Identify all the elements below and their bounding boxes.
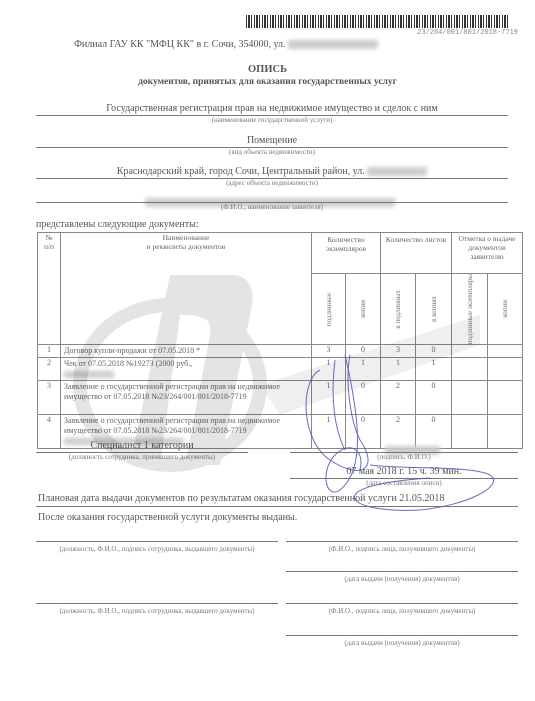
branch-line: Филиал ГАУ КК "МФЦ КК" в г. Сочи, 354000… [74,39,378,50]
row-orig: 1 [312,358,346,381]
row-doc-name: Чек от 07.05.2018 №19273 (2000 руб., [61,358,312,381]
branch-address: Филиал ГАУ КК "МФЦ КК" в г. Сочи, 354000… [74,39,286,50]
row-num: 2 [38,358,61,381]
issue-date-caption-1: (дата выдачи (получения) документов) [286,575,518,583]
row-copy: 1 [346,358,381,381]
after-service-text: После оказания государственной услуги до… [38,512,297,523]
issue-date-line-2 [286,635,518,636]
receiver-caption-1: (Ф.И.О., подпись лица, получившего докум… [286,545,518,553]
col-num-header: № п/п [38,233,61,345]
row-sheets-copy: 0 [416,345,452,358]
row-issued-orig [452,415,488,449]
row-sheets-copy: 1 [416,358,452,381]
row-num: 1 [38,345,61,358]
page-title: ОПИСЬ [0,64,535,75]
issuer-caption-2: (должность, Ф.И.О., подпись сотрудника, … [36,607,278,615]
issue-date-line-1 [286,571,518,572]
receiver-caption-2: (Ф.И.О., подпись лица, получившего докум… [286,607,518,615]
row-issued-copy [488,358,523,381]
row-copy: 0 [346,381,381,415]
issuer-line-1 [36,541,278,542]
row-sheets-orig: 3 [381,345,416,358]
address-text: Краснодарский край, город Сочи, Централь… [117,166,365,177]
col-sheets-header: Количество листов [381,233,452,274]
row-doc-name: Заявление о государственной регистрации … [61,381,312,415]
sub-issued-copy: копии [488,274,523,345]
position-caption: (должность сотрудника, принявшего докуме… [36,453,248,461]
row-issued-orig [452,345,488,358]
table-header-row: № п/п Наименование и реквизиты документо… [38,233,523,274]
specialist-position: Специалист 1 категории [36,440,248,451]
redacted-street [288,40,378,49]
inventory-date: 07 мая 2018 г. 15 ч. 39 мин. [290,466,518,477]
row-doc-name: Договор купли-продажи от 07.05.2018 * [61,345,312,358]
redacted-text [64,371,114,378]
barcode-number: 23/264/001/801/2018-7719 [417,29,518,37]
table-row: 3 Заявление о государственной регистраци… [38,381,523,415]
row-num: 3 [38,381,61,415]
row-issued-orig [452,358,488,381]
row-sheets-copy: 0 [416,381,452,415]
redacted-address [367,167,427,176]
address-caption: (адрес объекта недвижимости) [36,179,508,187]
barcode [246,15,510,28]
issue-date-caption-2: (дата выдачи (получения) документов) [286,639,518,647]
sub-sheets-copy: в копиях [416,274,452,345]
applicant-caption: (Ф.И.О., наименование заявителя) [36,203,508,211]
row-issued-orig [452,381,488,415]
documents-intro: представлены следующие документы: [36,219,199,230]
col-name-header: Наименование и реквизиты документов [61,233,312,345]
row-orig: 1 [312,415,346,449]
signature-caption: (подпись, Ф.И.О.) [290,453,518,461]
row-copy: 0 [346,345,381,358]
row-sheets-orig: 1 [381,358,416,381]
date-caption: (дата составления описи) [290,479,518,487]
sub-copy: копии [346,274,381,345]
row-orig: 3 [312,345,346,358]
issuer-line-2 [36,603,278,604]
row-sheets-orig: 2 [381,381,416,415]
planned-issue-date: Плановая дата выдачи документов по резул… [38,493,444,504]
object-type: Помещение [36,135,508,146]
col-copies-header: Количество экземпляров [312,233,381,274]
table-row: 1 Договор купли-продажи от 07.05.2018 * … [38,345,523,358]
receiver-line-2 [286,603,518,604]
page-subtitle: документов, принятых для оказания госуда… [0,77,535,87]
service-name: Государственная регистрация прав на недв… [36,103,508,114]
row-issued-copy [488,345,523,358]
object-address: Краснодарский край, город Сочи, Централь… [36,166,508,177]
receiver-line-1 [286,541,518,542]
documents-table: № п/п Наименование и реквизиты документо… [37,232,523,449]
sub-sheets-orig: в подлинных [381,274,416,345]
row-issued-copy [488,381,523,415]
row-copy: 0 [346,415,381,449]
planned-line [36,506,518,507]
issuer-caption-1: (должность, Ф.И.О., подпись сотрудника, … [36,545,278,553]
object-type-caption: (вид объекта недвижимости) [36,148,508,156]
sub-orig: подлинные [312,274,346,345]
col-issue-header: Отметка о выдаче документов заявителю [452,233,523,274]
table-row: 2 Чек от 07.05.2018 №19273 (2000 руб., 1… [38,358,523,381]
service-caption: (наименование государственной услуги) [36,116,508,124]
row-issued-copy [488,415,523,449]
sub-issued-orig: подлинные экземпляры [452,274,488,345]
row-orig: 1 [312,381,346,415]
